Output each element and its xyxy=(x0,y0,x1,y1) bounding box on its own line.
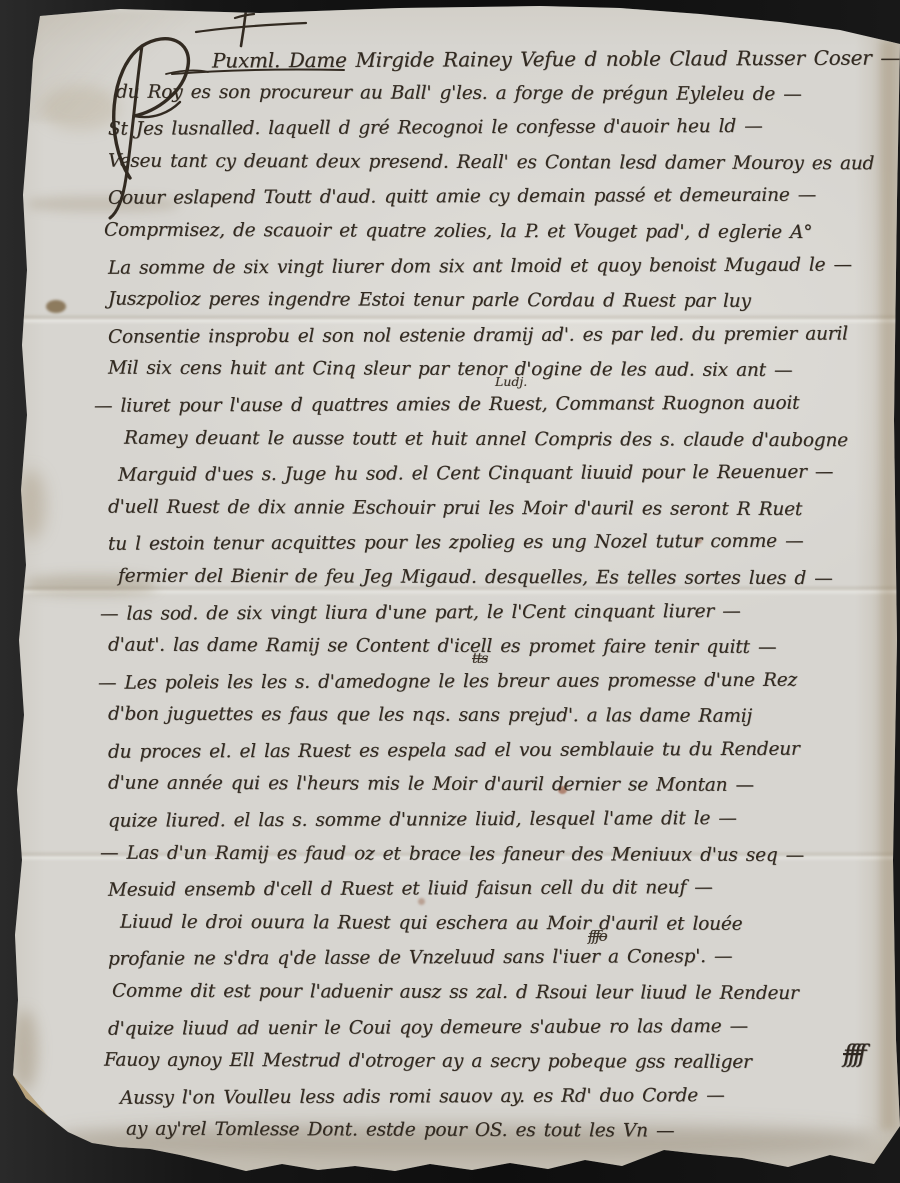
manuscript-line: Juszpolioz peres ingendre Estoi tenur pa… xyxy=(108,283,900,320)
manuscript-line: — Les poleis les les s. d'amedogne le le… xyxy=(98,663,900,701)
manuscript-line: La somme de six vingt liurer dom six ant… xyxy=(108,248,900,286)
manuscript-line: Couur eslapend Toutt d'aud. quitt amie c… xyxy=(108,179,900,217)
manuscript-line: — Las d'un Ramij es faud oz et brace les… xyxy=(100,836,900,873)
manuscript-line: Comprmisez, de scauoir et quatre zolies,… xyxy=(104,214,900,251)
manuscript-line: Marguid d'ues s. Juge hu sod. el Cent Ci… xyxy=(118,455,900,493)
manuscript-line: St Jes lusnalled. laquell d gré Recognoi… xyxy=(108,109,900,147)
manuscript-line: quize liured. el las s. somme d'unnize l… xyxy=(108,801,900,839)
manuscript-line: Fauoy aynoy Ell Mestrud d'otroger ay a s… xyxy=(104,1044,900,1081)
manuscript-line: d'quize liuud ad uenir le Coui qoy demeu… xyxy=(108,1009,900,1047)
manuscript-line: Liuud le droi ouura la Ruest qui eschera… xyxy=(120,905,900,942)
manuscript-line: tu l estoin tenur acquittes pour les zpo… xyxy=(108,525,900,563)
manuscript-line: Consentie insprobu el son nol estenie dr… xyxy=(108,317,900,355)
paper-stain xyxy=(46,300,66,313)
manuscript-line: d'une année qui es l'heurs mis le Moir d… xyxy=(108,767,900,804)
manuscript-line: d'uell Ruest de dix annie Eschouir prui … xyxy=(108,490,900,527)
interlinear-note: fffo xyxy=(588,927,606,945)
manuscript-line: Aussy l'on Voulleu less adis romi sauov … xyxy=(120,1078,900,1116)
document-scan: Puxml. Dame Mirgide Rainey Vefue d noble… xyxy=(0,0,900,1183)
interlinear-note: tts xyxy=(472,651,487,667)
manuscript-line: fermier del Bienir de feu Jeg Migaud. de… xyxy=(118,560,900,597)
manuscript-line: ay ay'rel Tomlesse Dont. estde pour OS. … xyxy=(126,1113,900,1150)
manuscript-line: profanie ne s'dra q'de lasse de Vnzeluud… xyxy=(108,940,900,978)
paper-stain xyxy=(12,1010,38,1090)
manuscript-line: du Roy es son procureur au Ball' g'les. … xyxy=(116,75,900,112)
manuscript-line: Comme dit est pour l'aduenir ausz ss zal… xyxy=(112,975,900,1012)
manuscript-line: d'aut'. las dame Ramij se Content d'icel… xyxy=(108,629,900,666)
paper-stain xyxy=(16,470,46,540)
manuscript-line: Puxml. Dame Mirgide Rainey Vefue d noble… xyxy=(212,40,900,78)
manuscript-line: d'bon juguettes es faus que les nqs. san… xyxy=(108,698,900,735)
manuscript-text-block: Puxml. Dame Mirgide Rainey Vefue d noble… xyxy=(108,42,900,1149)
manuscript-line: du proces el. el las Ruest es espela sad… xyxy=(108,732,900,770)
tally-mark: ffff xyxy=(843,1040,863,1068)
manuscript-paper: Puxml. Dame Mirgide Rainey Vefue d noble… xyxy=(0,0,900,1183)
manuscript-line: Mesuid ensemb d'cell d Ruest et liuid fa… xyxy=(108,871,900,909)
manuscript-line: — liuret pour l'ause d quattres amies de… xyxy=(94,386,900,424)
manuscript-line: Ramey deuant le ausse toutt et huit anne… xyxy=(124,421,900,458)
interlinear-note: Ludj. xyxy=(495,374,527,389)
manuscript-line: — las sod. de six vingt liura d'une part… xyxy=(100,594,900,632)
manuscript-line: Veseu tant cy deuant deux presend. Reall… xyxy=(108,144,900,181)
